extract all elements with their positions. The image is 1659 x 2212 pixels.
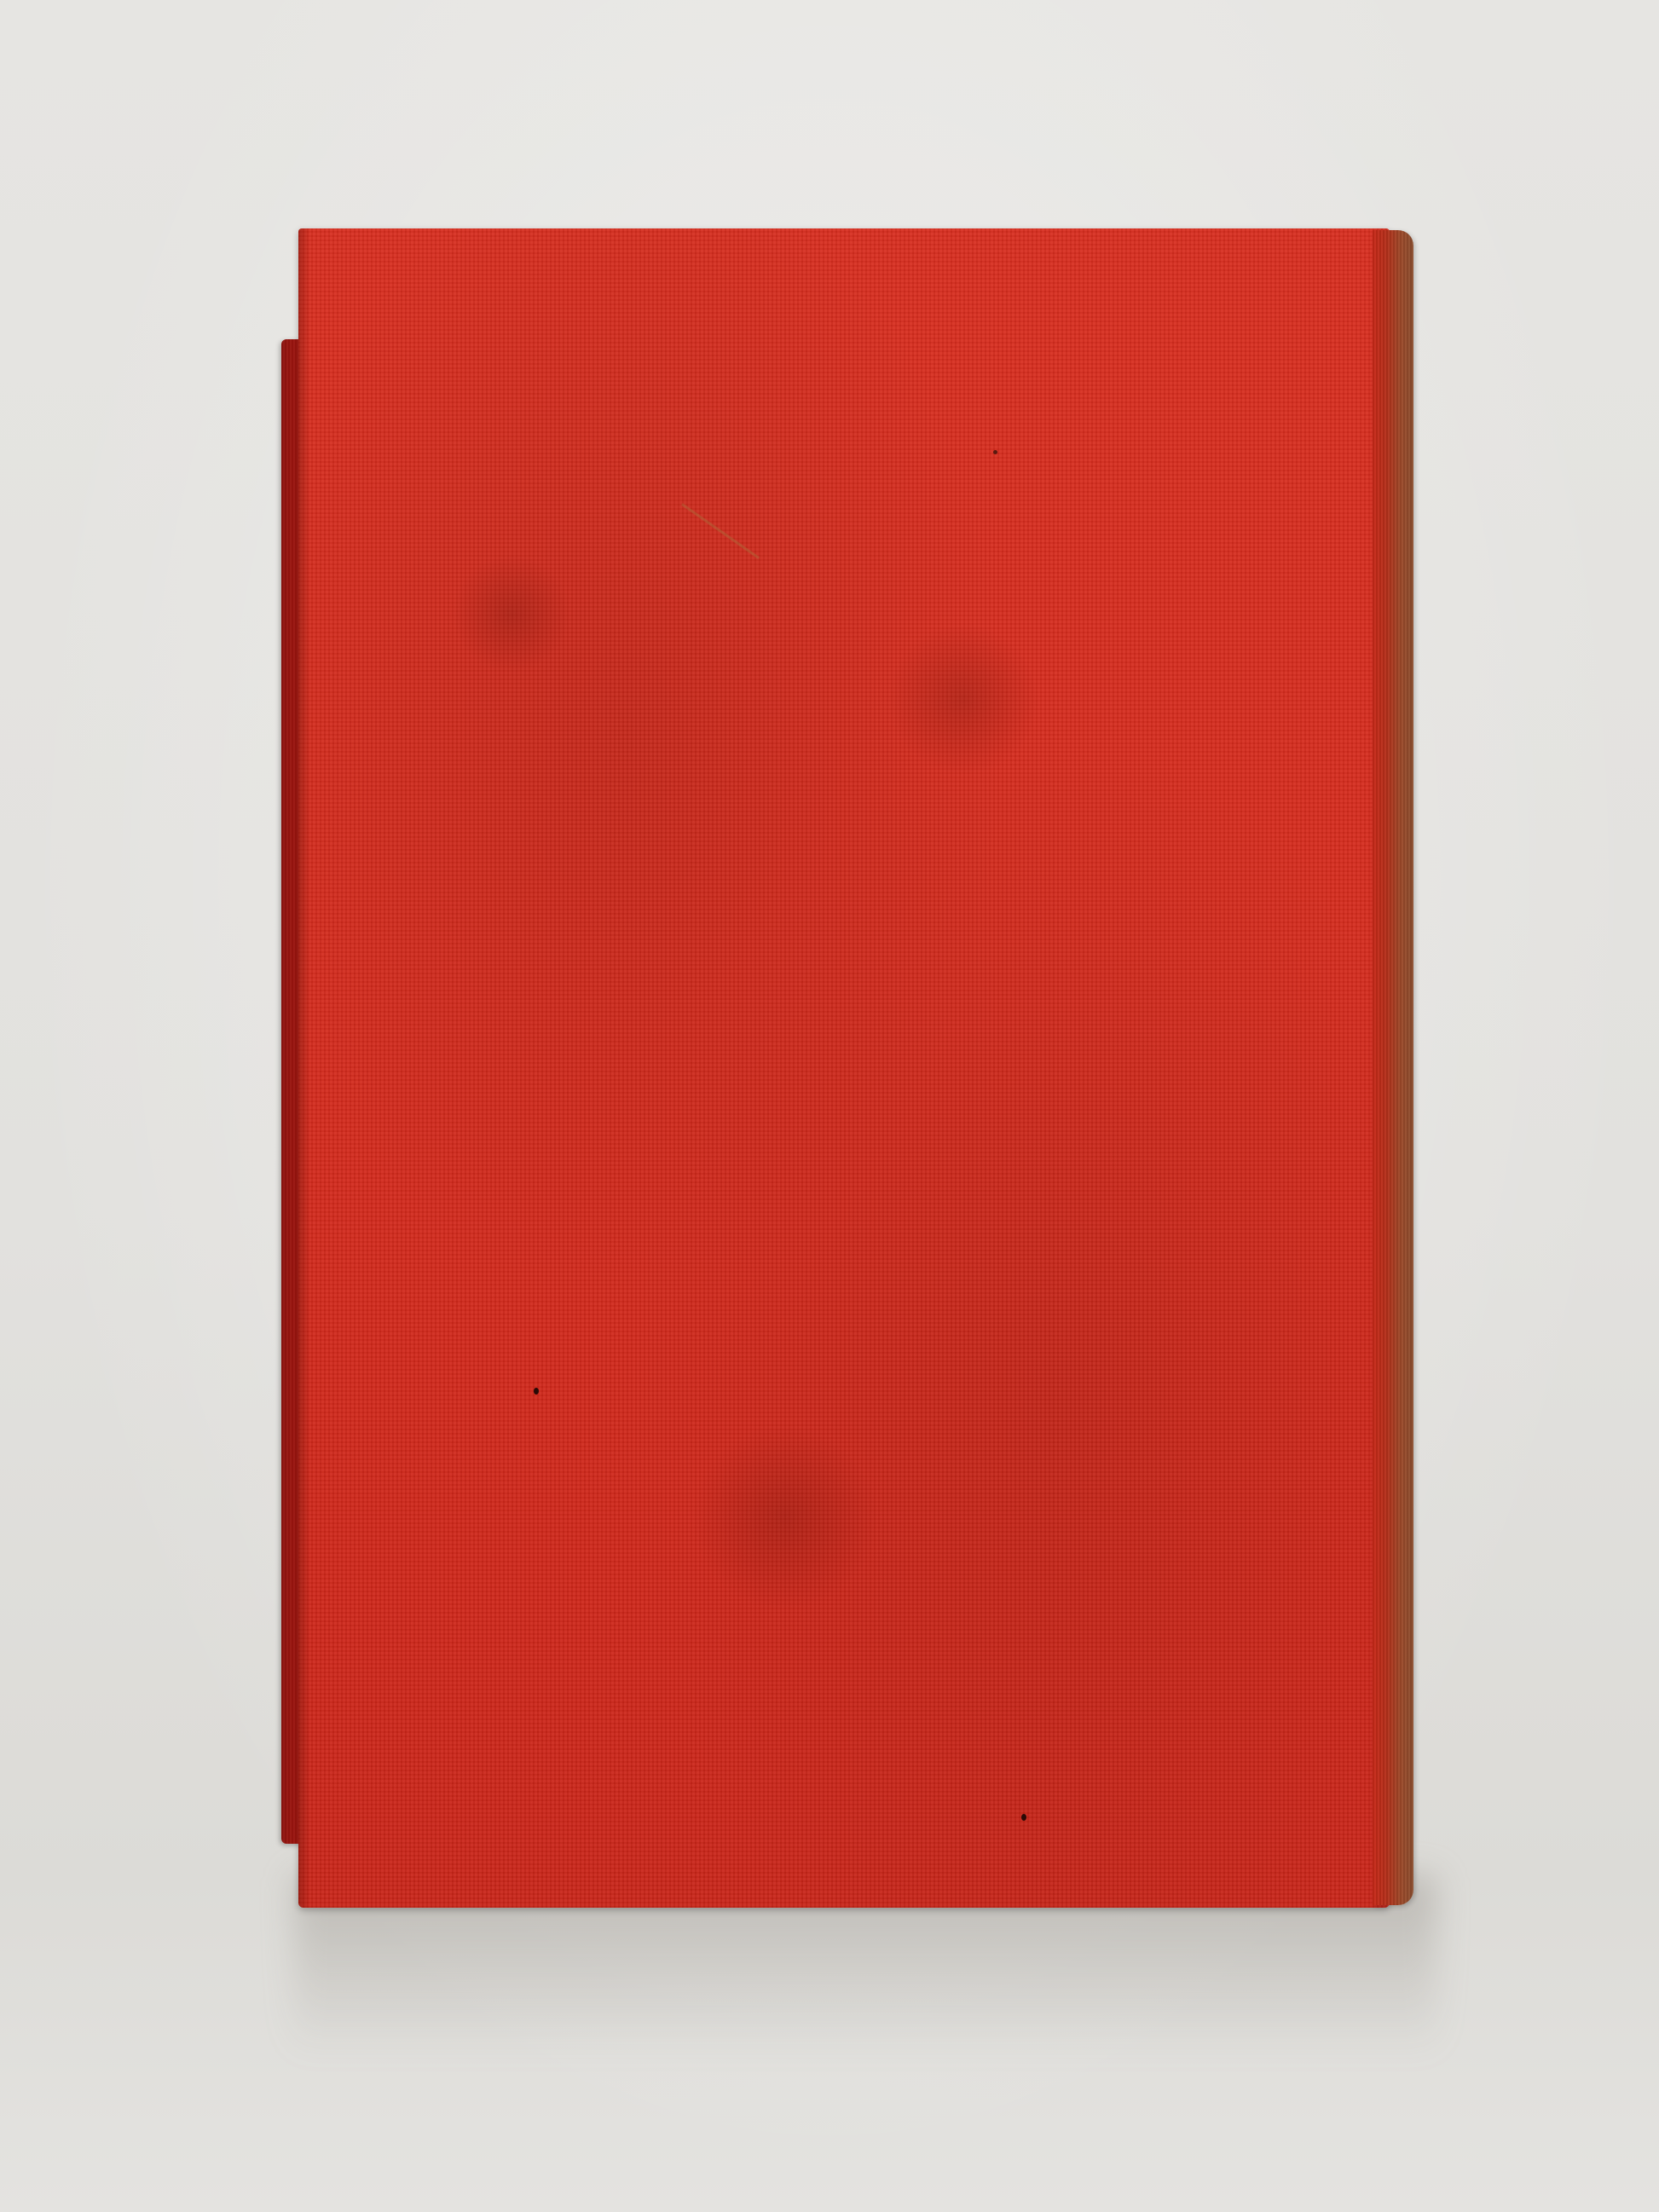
spot-mark: [993, 450, 997, 454]
book-cover: [298, 228, 1390, 1908]
stain-mark: [452, 554, 571, 673]
stain-mark: [887, 622, 1040, 776]
spot-mark: [534, 1388, 539, 1395]
spot-mark: [1021, 1814, 1026, 1821]
stain-mark: [691, 1424, 878, 1611]
book-spine: [1373, 230, 1413, 1905]
book-cover-edge: [298, 228, 310, 1908]
